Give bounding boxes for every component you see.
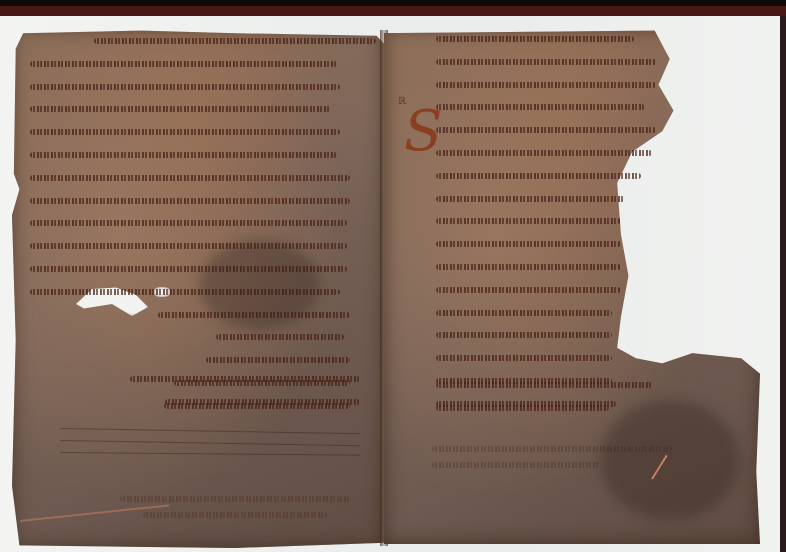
script-line xyxy=(432,462,600,468)
script-line xyxy=(30,175,350,181)
script-line xyxy=(436,218,621,224)
script-line xyxy=(436,287,621,293)
script-line xyxy=(30,106,331,112)
script-line xyxy=(436,332,612,338)
script-line xyxy=(436,241,621,247)
script-line xyxy=(130,376,360,382)
right-leaf-text-block xyxy=(436,36,656,424)
script-line xyxy=(436,150,652,156)
script-line xyxy=(436,104,645,110)
script-line xyxy=(30,129,340,135)
frame-right-edge xyxy=(780,16,786,552)
script-line xyxy=(165,399,361,405)
script-line xyxy=(436,127,656,133)
script-line xyxy=(436,264,621,270)
water-stain xyxy=(600,400,740,520)
script-line xyxy=(30,61,337,67)
script-line xyxy=(436,405,609,411)
script-line xyxy=(216,334,344,340)
script-line xyxy=(94,38,376,44)
script-line xyxy=(436,59,656,65)
water-stain xyxy=(200,240,320,330)
dark-frame-border xyxy=(0,0,786,16)
left-leaf-annotation xyxy=(120,496,350,535)
script-line xyxy=(436,355,612,361)
script-line xyxy=(120,496,350,502)
script-line xyxy=(30,243,347,249)
left-leaf-text-block xyxy=(30,38,350,426)
script-line xyxy=(30,84,340,90)
script-line xyxy=(436,82,656,88)
script-line xyxy=(436,310,612,316)
script-line xyxy=(436,36,634,42)
script-line xyxy=(143,512,327,518)
script-line xyxy=(436,196,625,202)
script-line xyxy=(30,220,347,226)
script-line xyxy=(30,198,350,204)
script-line xyxy=(206,357,350,363)
script-line xyxy=(30,152,337,158)
script-line xyxy=(436,382,652,388)
left-leaf-lower-text xyxy=(130,376,360,422)
script-line xyxy=(436,173,641,179)
